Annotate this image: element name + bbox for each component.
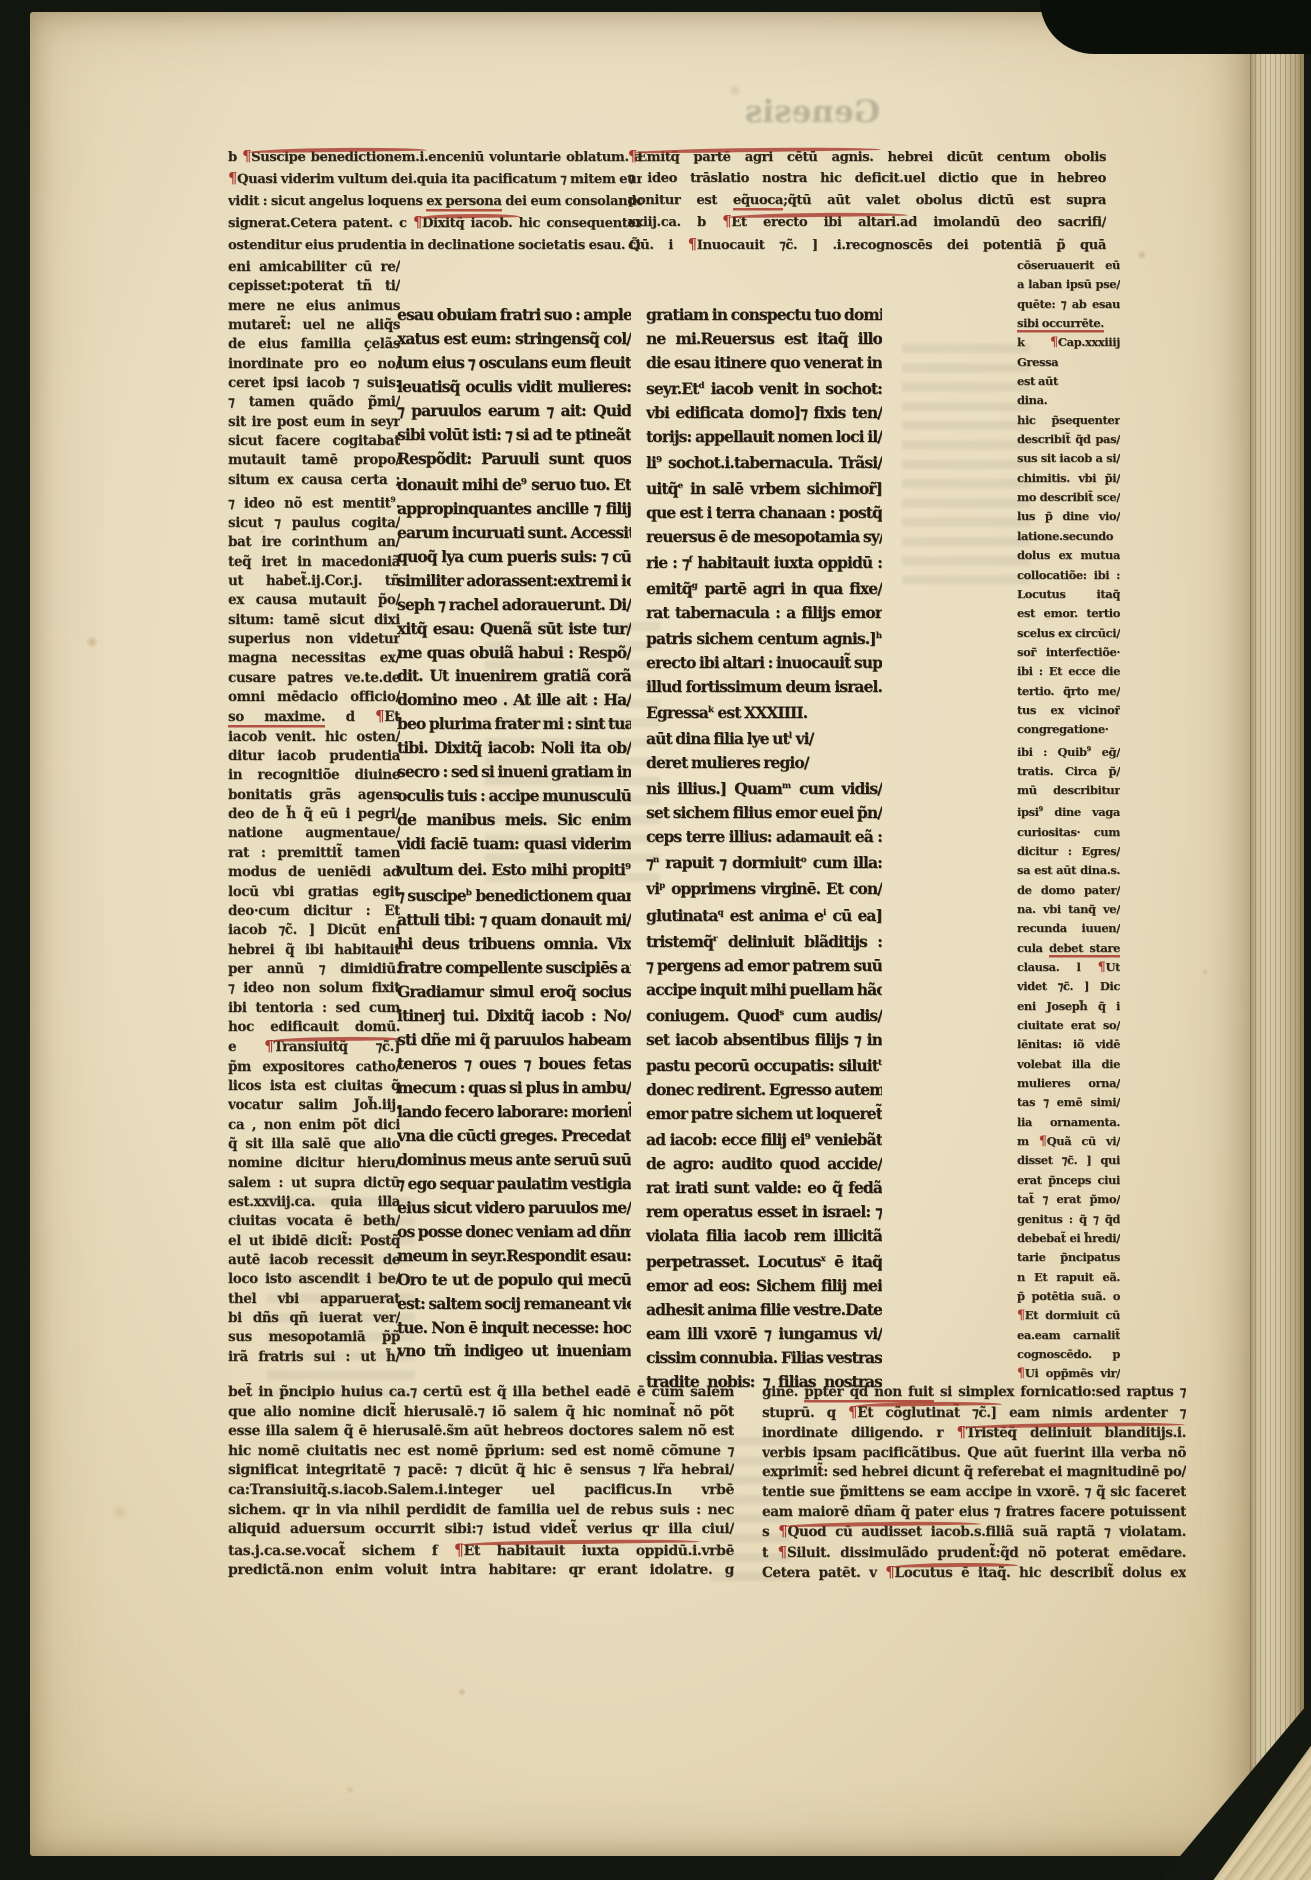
text-line: appropinquantes ancille ⁊ filij bbox=[397, 497, 631, 521]
text-line: n Et rapuit eã. bbox=[1017, 1268, 1120, 1287]
text-line: ⁊ suscipeb benedictionem quam bbox=[397, 882, 631, 908]
text-line: erecto ibi altari : inuocauit̃ sup bbox=[646, 651, 882, 675]
text-line: dit. Ut inuenirem gratiã corã bbox=[397, 664, 631, 688]
text-line: thel vbi apparuerat bbox=[228, 1290, 400, 1309]
text-line: ciuitate erat so/ bbox=[1017, 1016, 1120, 1035]
text-line: per annū ⁊ dimidiū. bbox=[228, 960, 400, 979]
text-line: bet̃ in p̃ncipio huius ca.⁊ certū est q̃… bbox=[228, 1383, 734, 1403]
photo-background: Genesis b ¶Suscipe benedictionem.i.encen… bbox=[0, 0, 1311, 1880]
text-line: vocatur salim Joh̃.iij. bbox=[228, 1096, 400, 1115]
text-line: de domo pater/ bbox=[1017, 881, 1120, 900]
text-line: bi dñs qñ iuerat ver/ bbox=[228, 1309, 400, 1328]
text-line: vno tm̃ indigeo ut inueniam bbox=[397, 1339, 631, 1363]
text-line: lando fecero laborare: morient̃ bbox=[397, 1100, 631, 1124]
text-line: ca:Transiuitq̃.s.iacob.Salem.i.integer u… bbox=[228, 1481, 734, 1501]
text-line: m ¶Quã cū vi/ bbox=[1017, 1132, 1120, 1151]
text-line: sichem. qr in via nihil perdidit de fami… bbox=[228, 1501, 734, 1521]
text-line: deret mulieres regio/ bbox=[646, 751, 882, 775]
text-line: sti dñe mi q̃ paruulos habeam bbox=[397, 1028, 631, 1052]
bottom-commentary-right: ginē. p̃pter q̃d non fuit si simplex for… bbox=[762, 1383, 1186, 1584]
text-line: mo describit̃ sce/ bbox=[1017, 488, 1120, 507]
text-line: domino meo . At ille ait : Ha/ bbox=[397, 688, 631, 712]
text-line: donec redirent. Egresso autem bbox=[646, 1078, 882, 1102]
text-line: loco isto ascendit i be/ bbox=[228, 1270, 400, 1289]
text-line: volebat illa die bbox=[1017, 1055, 1120, 1074]
text-line: iacob venit. hic osten/ bbox=[228, 728, 400, 747]
text-line: iacob ⁊c̃. ] Dicūt eni bbox=[228, 921, 400, 940]
text-line: illud fortissimum deum israel. bbox=[646, 675, 882, 699]
text-line: itinerj tui. Dixitq̃ iacob : No/ bbox=[397, 1004, 631, 1028]
text-line: locū vbi gratias egit bbox=[228, 883, 400, 902]
text-line: os posse donec veniam ad dñm bbox=[397, 1220, 631, 1244]
text-line: Locutus itaq̃ bbox=[1017, 585, 1120, 604]
text-line: hoc edificauit domū. bbox=[228, 1018, 400, 1037]
text-line: lia ornamenta. bbox=[1017, 1113, 1120, 1132]
text-line: omni mēdacio officio/ bbox=[228, 688, 400, 707]
fore-edge-leaves bbox=[1250, 18, 1304, 1856]
text-line: vidi faciē tuam: quasi viderim bbox=[397, 832, 631, 856]
text-line: mulieres orna/ bbox=[1017, 1074, 1120, 1093]
text-line: eni amicabiliter cū re/ bbox=[228, 258, 400, 277]
text-line: Gressa bbox=[1017, 353, 1120, 372]
bible-text-column-1: esau obuiam fratri suo : ample/xatus est… bbox=[397, 303, 631, 1363]
text-line: deo de h̃ q̃ eū i pegri/ bbox=[228, 805, 400, 824]
text-line: attuli tibi: ⁊ quam donauit mi/ bbox=[397, 908, 631, 932]
text-line: ceret ipsi iacob ⁊ suis: bbox=[228, 374, 400, 393]
text-line: pastu pecorū occupatis: siluitt bbox=[646, 1052, 882, 1078]
text-line: ⁊ ideo non solum fixit bbox=[228, 979, 400, 998]
text-line: hic p̃sequenter bbox=[1017, 411, 1120, 430]
rubric-pilcrow: ¶ bbox=[1017, 1308, 1025, 1323]
text-line: set iacob absentibus filijs ⁊ in bbox=[646, 1028, 882, 1052]
text-line: debebat̃ ei h̃redi/ bbox=[1017, 1229, 1120, 1248]
bible-text-column-2: gratiam in conspectu tuo domi/ne mi.Reue… bbox=[646, 303, 882, 1394]
text-line: beo plurima frater mi : sint tua bbox=[397, 712, 631, 736]
text-line: dicitur : Egres/ bbox=[1017, 842, 1120, 861]
text-line: videt ⁊c̃. ] Dic bbox=[1017, 977, 1120, 996]
text-line: tas.j.ca.se.vocat̃ sichem f ¶Et habitaui… bbox=[228, 1540, 734, 1562]
text-line: cusare patres ve.te.de bbox=[228, 669, 400, 688]
text-line: secro : sed si inueni gratiam in bbox=[397, 760, 631, 784]
text-line: ex causa mutauit p̃o/ bbox=[228, 591, 400, 610]
text-line: similiter adorassent:extremi io/ bbox=[397, 569, 631, 593]
text-line: tertio. q̃rto me/ bbox=[1017, 682, 1120, 701]
bottom-commentary-left: bet̃ in p̃ncipio huius ca.⁊ certū est q̃… bbox=[228, 1383, 734, 1581]
text-line: irã fratris sui : ut h̃/ bbox=[228, 1348, 400, 1367]
text-line: ibi : Et ecce die bbox=[1017, 662, 1120, 681]
text-line: eam illi vxorē ⁊ iungamus vi/ bbox=[646, 1322, 882, 1346]
text-line: aūt dina filia lye utl vi/ bbox=[646, 725, 882, 751]
text-line: ⁊ tamen quãdo p̃mi/ bbox=[228, 393, 400, 412]
text-line: torijs: appellauit nomen loci il/ bbox=[646, 425, 882, 449]
text-line: quēte: ⁊ ab esau bbox=[1017, 295, 1120, 314]
text-line: tibi. Dixitq̃ iacob: Noli ita ob/ bbox=[397, 736, 631, 760]
text-line: adhesit anima filie vestre.Date bbox=[646, 1298, 882, 1322]
text-line: sit ire post eum in seyr bbox=[228, 413, 400, 432]
text-line: situm ex causa certa ; bbox=[228, 471, 400, 490]
text-line: vidit : sicut angelus loquens ex persona… bbox=[228, 191, 642, 212]
text-line: in recognitiõe diuine bbox=[228, 766, 400, 785]
text-line: ⁊ ideo trāslatio nostra hic deficit.uel … bbox=[628, 168, 1106, 189]
text-line: de agro: audito quod accide/ bbox=[646, 1152, 882, 1176]
text-line: reuersus ē de mesopotamia sy/ bbox=[646, 525, 882, 549]
text-line: xitq̃ esau: Quenã sūt iste tur/ bbox=[397, 617, 631, 641]
text-line: sus sit iacob a si/ bbox=[1017, 449, 1120, 468]
text-line: emor ad eos: Sichem filij mei bbox=[646, 1274, 882, 1298]
text-line: violata filia iacob rem illicitã bbox=[646, 1224, 882, 1248]
text-line: exprimit̃: sed hebrei dicunt q̃ refereba… bbox=[762, 1463, 1186, 1483]
rubric-pilcrow: ¶ bbox=[1050, 335, 1058, 350]
text-line: ⁊ ideo nõ est mentit9. bbox=[228, 490, 400, 514]
top-commentary-left: b ¶Suscipe benedictionem.i.enceniū volun… bbox=[228, 146, 642, 256]
text-line: est emor. tertio bbox=[1017, 604, 1120, 623]
text-line: recunda iuuen/ bbox=[1017, 919, 1120, 938]
right-margin-gloss: cōseruauerit eūa laban ipsū pse/quēte: ⁊… bbox=[1017, 256, 1120, 1384]
text-line: ⁊ pergens ad emor patrem suū bbox=[646, 954, 882, 978]
text-line: Egressak est XXXIIII. bbox=[646, 699, 882, 725]
text-line: chimitis. vbi p̃i/ bbox=[1017, 469, 1120, 488]
text-line: lum eius ⁊ osculans eum fleuit bbox=[397, 351, 631, 375]
rubric-pilcrow: ¶ bbox=[957, 1423, 966, 1441]
text-line: rie : ⁊f habitauit iuxta oppidū : bbox=[646, 549, 882, 575]
left-margin-gloss: eni amicabiliter cū re/cepisset:poterat … bbox=[228, 258, 400, 1367]
text-line: cula debet stare bbox=[1017, 939, 1120, 958]
text-line: tus ex vicinor̃ bbox=[1017, 701, 1120, 720]
text-line: natione augmentaue/ bbox=[228, 824, 400, 843]
text-line: dominus meus ante seruū suū bbox=[397, 1148, 631, 1172]
text-line: licos ista est ciuitas q̃ bbox=[228, 1077, 400, 1096]
text-line: ea.eam carnalit̃ bbox=[1017, 1326, 1120, 1345]
text-line: coniugem. Quods cum audis/ bbox=[646, 1002, 882, 1028]
text-line: ⁊n rapuit ⁊ dormiuito cum illa: bbox=[646, 849, 882, 875]
text-line: b ¶Suscipe benedictionem.i.enceniū volun… bbox=[228, 146, 642, 168]
text-line: mū describitur bbox=[1017, 781, 1120, 800]
text-line: rat tabernacula : a filijs emor bbox=[646, 601, 882, 625]
text-line: accipe inquit mihi puellam hãc bbox=[646, 978, 882, 1002]
text-line: me quas obuiã habui : Respõ/ bbox=[397, 641, 631, 665]
text-line: leuatisq̃ oculis vidit mulieres: bbox=[397, 375, 631, 399]
text-line: gratiam in conspectu tuo domi/ bbox=[646, 303, 882, 327]
text-line: eam maiorē dñam q̃ pater eius ⁊ fratres … bbox=[762, 1503, 1186, 1523]
text-line: emor patre sichem ut loqueret̃ bbox=[646, 1102, 882, 1126]
text-line: meum in seyr.Respondit esau: bbox=[397, 1244, 631, 1268]
text-line: vbi edificata domo]⁊ fixis ten/ bbox=[646, 401, 882, 425]
text-line: inordinate pro eo no/ bbox=[228, 355, 400, 374]
text-line: modus de ueniēdi ad bbox=[228, 863, 400, 882]
text-line: na. vbi tanq̃ ve/ bbox=[1017, 900, 1120, 919]
text-line: tue. Non ē inquit necesse: hoc bbox=[397, 1316, 631, 1340]
text-line: mecum : quas si plus in ambu/ bbox=[397, 1076, 631, 1100]
text-line: scelus ex circūci/ bbox=[1017, 624, 1120, 643]
text-line: describit̃ q̃d pas/ bbox=[1017, 430, 1120, 449]
text-line: deo·cum dicitur : Et bbox=[228, 902, 400, 921]
rubric-pilcrow: ¶ bbox=[688, 236, 697, 253]
showthrough-running-title: Genesis bbox=[725, 94, 900, 140]
text-line: salem : ut supra dictū bbox=[228, 1174, 400, 1193]
text-line: p̃m expositores catho/ bbox=[228, 1058, 400, 1077]
text-line: el ut ibidē dicit̃: Postq̃ bbox=[228, 1232, 400, 1251]
rubric-pilcrow: ¶ bbox=[1098, 960, 1106, 975]
text-line: hic nomē ciuitatis nec est nomē p̃prium:… bbox=[228, 1442, 734, 1462]
text-line: hi deus tribuens omnia. Vix bbox=[397, 932, 631, 956]
text-line: esau obuiam fratri suo : ample/ bbox=[397, 303, 631, 327]
text-line: li9 sochot.i.tabernacula. Trãsi/ bbox=[646, 449, 882, 475]
rubric-pilcrow: ¶ bbox=[628, 148, 637, 165]
text-line: sicut facere cogitabat bbox=[228, 432, 400, 451]
top-commentary-right: ¶Emitq̃ partē agri cētū agnis. hebrei di… bbox=[628, 146, 1106, 256]
text-line: sor̃ interfectiõe· bbox=[1017, 643, 1120, 662]
rubric-pilcrow: ¶ bbox=[375, 707, 384, 725]
text-line: patris sichem centum agnis.]h bbox=[646, 625, 882, 651]
rubric-pilcrow: ¶ bbox=[1039, 1134, 1047, 1149]
text-line: de manibus meis. Sic enim bbox=[397, 808, 631, 832]
text-line: cissim connubia. Filias vestras bbox=[646, 1346, 882, 1370]
text-line: ceps terre illius: adamauit eã : bbox=[646, 825, 882, 849]
text-line: ¶Emitq̃ partē agri cētū agnis. hebrei di… bbox=[628, 146, 1106, 168]
text-line: ⁊ paruulos earum ⁊ ait: Quid bbox=[397, 399, 631, 423]
text-line: vultum dei. Esto mihi propiti9 bbox=[397, 856, 631, 882]
text-line: est aūt bbox=[1017, 372, 1120, 391]
showthrough-text bbox=[902, 344, 1030, 584]
text-line: eius sicut videro paruulos me/ bbox=[397, 1196, 631, 1220]
text-line: clausa. l ¶Ut bbox=[1017, 958, 1120, 977]
text-line: vip opprimens virginē. Et con/ bbox=[646, 875, 882, 901]
text-line: congregatione· bbox=[1017, 720, 1120, 739]
text-line: seyr.Etd iacob venit in sochot: bbox=[646, 375, 882, 401]
text-line: xxiij.ca. b ¶Et erecto ibi altari.ad imo… bbox=[628, 211, 1106, 233]
text-line: tarie p̃ncipatus bbox=[1017, 1248, 1120, 1267]
text-line: oculis tuis : accipe munusculū bbox=[397, 784, 631, 808]
text-line: p̃ potētia suã. o bbox=[1017, 1287, 1120, 1306]
text-line: stuprū. q ¶Et cõglutinat̃ ⁊c̃.] eam nimi… bbox=[762, 1403, 1186, 1424]
rubric-pilcrow: ¶ bbox=[242, 148, 251, 165]
text-line: mutauit tamē propo/ bbox=[228, 451, 400, 470]
text-line: collocatiõe: ibi : bbox=[1017, 566, 1120, 585]
text-line: ¶Ui opp̃mēs vir/ bbox=[1017, 1364, 1120, 1383]
text-line: predictã.non enim voluit intra habitare:… bbox=[228, 1561, 734, 1581]
text-line: esse illa salem q̃ ē hierusalē.s̃m aūt h… bbox=[228, 1422, 734, 1442]
text-line: ut habet̃.ij.Cor.j. tñ bbox=[228, 572, 400, 591]
text-line: rat : premittit̃ tamen bbox=[228, 844, 400, 863]
text-line: cognoscēdo. p bbox=[1017, 1345, 1120, 1364]
text-line: cōseruauerit eū bbox=[1017, 256, 1120, 275]
text-line: situm: tamē sicut dixi bbox=[228, 611, 400, 630]
text-line: que alio nomine dicit̃ hierusalē.⁊ iõ sa… bbox=[228, 1403, 734, 1423]
text-line: emitq̃g partē agri in qua fixe/ bbox=[646, 575, 882, 601]
rubric-pilcrow: ¶ bbox=[1017, 1366, 1025, 1381]
text-line: curiositas· cum bbox=[1017, 823, 1120, 842]
text-line: earum incuruati sunt. Accessit bbox=[397, 521, 631, 545]
text-line: t ¶Siluit. dissimulãdo prudent̃:q̃d nõ p… bbox=[762, 1543, 1186, 1564]
text-line: sibi volūt isti: ⁊ si ad te ptineãt bbox=[397, 423, 631, 447]
text-line: significat integritatē ⁊ pacē: ⁊ dicūt q… bbox=[228, 1461, 734, 1481]
text-line: rat irati sunt valde: eo q̃ fedã bbox=[646, 1176, 882, 1200]
text-line: ¶Et dormiuit cū bbox=[1017, 1306, 1120, 1325]
text-line: e ¶Transiuitq̃ ⁊c̃.] bbox=[228, 1037, 400, 1057]
text-line: ciū. i ¶Inuocauit ⁊c̃. ] .i.recognoscēs … bbox=[628, 234, 1106, 256]
text-line: die esau itinere quo venerat in bbox=[646, 351, 882, 375]
text-line: de eius familia çelãs bbox=[228, 335, 400, 354]
text-line: genitus : q̃ ⁊ q̃d bbox=[1017, 1210, 1120, 1229]
text-line: lus p̃ dine vio/ bbox=[1017, 507, 1120, 526]
text-line: teneros ⁊ oues ⁊ boues fetas bbox=[397, 1052, 631, 1076]
text-line: inordinate diligendo. r ¶Tristēq̃ delini… bbox=[762, 1423, 1186, 1444]
text-line: ⁊ ego sequar paulatim vestigia bbox=[397, 1172, 631, 1196]
text-line: nomine dicitur hieru/ bbox=[228, 1154, 400, 1173]
text-line: bat ire corinthum an/ bbox=[228, 533, 400, 552]
text-line: cepisset:poterat tñ ti/ bbox=[228, 277, 400, 296]
text-line: sus mesopotamiā p̃p̃ bbox=[228, 1328, 400, 1347]
text-line: ibi : Quib9 eg̃/ bbox=[1017, 740, 1120, 762]
text-line: Cetera patēt. v ¶Locutus ē itaq̃. hic de… bbox=[762, 1563, 1186, 1584]
text-line: Respõdit: Paruuli sunt quos bbox=[397, 447, 631, 471]
text-line: seph ⁊ rachel adorauerunt. Di/ bbox=[397, 593, 631, 617]
text-line: superius non videtur bbox=[228, 630, 400, 649]
text-line: est: saltem socij remaneant vie bbox=[397, 1292, 631, 1316]
text-line: set sichem filius emor euei p̃n/ bbox=[646, 801, 882, 825]
text-line: q̃ sit illa salē que alio bbox=[228, 1135, 400, 1154]
text-line: tas ⁊ emē simi/ bbox=[1017, 1093, 1120, 1112]
text-line: ginē. p̃pter q̃d non fuit si simplex for… bbox=[762, 1383, 1186, 1403]
text-line: erat p̃nceps ciui bbox=[1017, 1171, 1120, 1190]
text-line: Oro te ut de populo qui mecū bbox=[397, 1268, 631, 1292]
rubric-pilcrow: ¶ bbox=[778, 1543, 787, 1561]
text-line: sibi occurrēte. bbox=[1017, 314, 1120, 333]
text-line: tratis. Circa p̃/ bbox=[1017, 762, 1120, 781]
text-line: sa est aūt dina.s. bbox=[1017, 861, 1120, 880]
text-line: quoq̃ lya cum pueris suis: ⁊ cū bbox=[397, 545, 631, 569]
text-line: Gradiamur simul eroq̃ socius bbox=[397, 980, 631, 1004]
text-line: glutinataq est anima ei cū ea] bbox=[646, 902, 882, 928]
text-line: verbis ipsam pacificãtibus. Que aūt fuer… bbox=[762, 1444, 1186, 1464]
text-line: eni Joseph̃ q̃ i bbox=[1017, 997, 1120, 1016]
text-line: magna necessitas ex/ bbox=[228, 649, 400, 668]
text-line: tristemq̃r deliniuit blãditijs : bbox=[646, 928, 882, 954]
cover-corner-shadow bbox=[1040, 0, 1311, 54]
text-line: disset ⁊c̃. ] qui bbox=[1017, 1151, 1120, 1170]
text-line: aliquid aduersum occurrit sibi:⁊ istud v… bbox=[228, 1520, 734, 1540]
text-line: ponitur est eq̃uoca;q̃tū aūt valet obolu… bbox=[628, 190, 1106, 211]
text-line: uitq̃e in salē vrbem sichimor̃] bbox=[646, 475, 882, 501]
text-line: ca , non enim põt dici bbox=[228, 1116, 400, 1135]
text-line: k ¶Cap.xxxiiij bbox=[1017, 333, 1120, 352]
text-line: ciuitas vocata ē beth/ bbox=[228, 1212, 400, 1231]
text-line: sicut ⁊ paulus cogita/ bbox=[228, 514, 400, 533]
text-line: vna die cūcti greges. Precedat bbox=[397, 1124, 631, 1148]
text-line: fratre compellente suscipiēs ait bbox=[397, 956, 631, 980]
text-line: dina. bbox=[1017, 391, 1120, 410]
text-line: perpetrasset. Locutusx ē itaq̃ bbox=[646, 1248, 882, 1274]
text-line: mere ne eius animus bbox=[228, 297, 400, 316]
text-line: latione.secundo bbox=[1017, 527, 1120, 546]
text-line: tat̃ ⁊ erat p̃mo/ bbox=[1017, 1190, 1120, 1209]
text-line: ibi tentoria : sed cum bbox=[228, 999, 400, 1018]
text-line: ¶Quasi viderim vultum dei.quia ita pacif… bbox=[228, 168, 642, 190]
text-line: lēnitas: iõ vidē bbox=[1017, 1035, 1120, 1054]
text-line: so maxime. d ¶Et bbox=[228, 707, 400, 727]
text-line: teq̃ iret in macedoniã bbox=[228, 553, 400, 572]
text-line: rem operatus esset in israel: ⁊ bbox=[646, 1200, 882, 1224]
text-line: que est i terra chanaan : postq̃ bbox=[646, 501, 882, 525]
text-line: ostenditur eius prudentia in declination… bbox=[228, 235, 642, 256]
text-line: ditur iacob prudentia bbox=[228, 747, 400, 766]
text-line: dolus ex mutua bbox=[1017, 546, 1120, 565]
text-line: signerat.Cetera patent. c ¶Dixitq̃ iacob… bbox=[228, 212, 642, 234]
rubric-pilcrow: ¶ bbox=[228, 170, 237, 187]
text-line: autē iacob recessit de bbox=[228, 1251, 400, 1270]
rubric-pilcrow: ¶ bbox=[454, 1540, 464, 1559]
text-line: ad iacob: ecce filij ei9 veniebãt bbox=[646, 1126, 882, 1152]
text-line: s ¶Quod cū audisset iacob.s.filiã suã ra… bbox=[762, 1522, 1186, 1543]
text-line: hebrei q̃ ibi habitauit bbox=[228, 941, 400, 960]
text-line: nis illius.] Quamm cum vidis/ bbox=[646, 775, 882, 801]
text-line: tentie sue p̃mittens se eam accipe in vx… bbox=[762, 1483, 1186, 1503]
text-line: mutaret̃: uel ne aliq̃s bbox=[228, 316, 400, 335]
text-line: donauit mihi de9 seruo tuo. Et bbox=[397, 471, 631, 497]
text-line: xatus est eum: stringensq̃ col/ bbox=[397, 327, 631, 351]
text-line: ne mi.Reuersus est itaq̃ illo bbox=[646, 327, 882, 351]
text-line: a laban ipsū pse/ bbox=[1017, 275, 1120, 294]
text-line: bonitatis grãs agens bbox=[228, 786, 400, 805]
text-line: est.xxviij.ca. quia illa bbox=[228, 1193, 400, 1212]
text-line: ipsi9 dine vaga bbox=[1017, 800, 1120, 822]
